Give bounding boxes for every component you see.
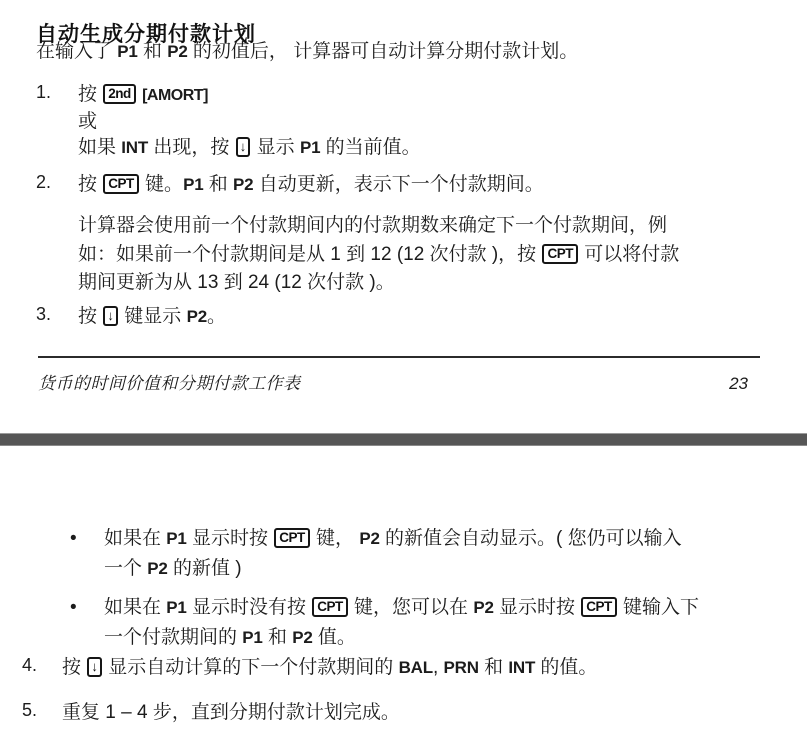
text-segment: 的新值会自动显示。( 您仍可以输入 (380, 528, 682, 549)
text-segment: 按 (78, 306, 102, 327)
text-segment: P2 (292, 628, 312, 647)
step-line: 重复 1 – 4 步，直到分期付款计划完成。 (62, 700, 400, 726)
step-item-1: 1. 按 2nd [AMORT] 或 如果 INT 出现，按 ↓ 显示 P1 的… (36, 82, 421, 161)
bullet-marker: • (70, 524, 104, 554)
text-segment: P2 (473, 598, 493, 617)
text-segment: 期间更新为从 13 到 24 (12 次付款 )。 (78, 272, 395, 293)
step-line: 如果 INT 出现，按 ↓ 显示 P1 的当前值。 (78, 135, 421, 161)
text-segment: 和 (138, 41, 168, 62)
manual-document: 自动生成分期付款计划 在输入了 P1 和 P2 的初值后， 计算器可自动计算分期… (0, 0, 807, 736)
step-line: 按 ↓ 键显示 P2。 (78, 304, 226, 330)
text-segment: 自动更新，表示下一个付款期间。 (253, 174, 543, 195)
text-segment: 和 (263, 627, 293, 648)
text-segment: 显示 (251, 137, 300, 158)
text-segment: 显示时按 (494, 597, 581, 618)
bullet-item-2: • 如果在 P1 显示时没有按 CPT 键，您可以在 P2 显示时按 CPT 键… (70, 593, 699, 653)
bullet-marker: • (70, 593, 104, 623)
step-text: 按 CPT 键。P1 和 P2 自动更新，表示下一个付款期间。 (78, 172, 544, 198)
text-segment: 按 (78, 84, 102, 105)
text-segment: 如果在 (104, 528, 166, 549)
footer-rule (38, 356, 760, 358)
text-segment: 键显示 (119, 306, 187, 327)
text-segment: P2 (187, 307, 207, 326)
step-number: 5. (22, 700, 62, 721)
text-segment: 按 (78, 174, 102, 195)
footer-page-number: 23 (729, 374, 748, 394)
cpt-key-badge: CPT (581, 597, 617, 617)
step-text: 按 ↓ 显示自动计算的下一个付款期间的 BAL, PRN 和 INT 的值。 (62, 655, 597, 681)
amort-key-label: [AMORT] (142, 87, 208, 104)
step-line: 按 ↓ 显示自动计算的下一个付款期间的 BAL, PRN 和 INT 的值。 (62, 655, 597, 681)
paragraph-line: 如：如果前一个付款期间是从 1 到 12 (12 次付款 )，按 CPT 可以将… (78, 241, 679, 270)
step-number: 1. (36, 82, 78, 103)
text-segment: 显示时没有按 (187, 597, 312, 618)
text-segment: 键， (311, 528, 360, 549)
text-segment: 值。 (313, 627, 356, 648)
text-segment: INT (121, 138, 148, 157)
text-segment: P1 (117, 42, 137, 61)
down-arrow-key-icon: ↓ (87, 657, 102, 677)
step-line: 按 2nd [AMORT] (78, 82, 421, 109)
paragraph-line: 计算器会使用前一个付款期间内的付款期数来确定下一个付款期间，例 (78, 212, 679, 241)
step-number: 3. (36, 304, 78, 325)
text-segment: 的当前值。 (320, 137, 420, 158)
text-segment: P1 (166, 529, 186, 548)
bullet-line: 如果在 P1 显示时按 CPT 键， P2 的新值会自动显示。( 您仍可以输入 (104, 524, 682, 554)
bullet-line: 一个 P2 的新值 ) (104, 554, 682, 584)
text-segment: 如果在 (104, 597, 166, 618)
step-line: 或 (78, 109, 421, 135)
text-segment: 的初值后， 计算器可自动计算分期付款计划。 (188, 41, 579, 62)
bullet-line: 一个付款期间的 P1 和 P2 值。 (104, 623, 699, 653)
page-divider-bar (0, 433, 807, 446)
text-segment: 按 (62, 657, 86, 678)
text-segment: 显示自动计算的下一个付款期间的 (103, 657, 399, 678)
text-segment: 和 (479, 657, 509, 678)
step-number: 2. (36, 172, 78, 193)
down-arrow-key-icon: ↓ (103, 306, 118, 326)
text-segment: 出现，按 (148, 137, 235, 158)
text-segment: 的新值 ) (168, 558, 242, 579)
step-number: 4. (22, 655, 62, 676)
text-segment: 一个 (104, 558, 147, 579)
step-text: 按 ↓ 键显示 P2。 (78, 304, 226, 330)
text-segment: P1 (242, 628, 262, 647)
bullet-text: 如果在 P1 显示时按 CPT 键， P2 的新值会自动显示。( 您仍可以输入 … (104, 524, 682, 584)
step-item-4: 4. 按 ↓ 显示自动计算的下一个付款期间的 BAL, PRN 和 INT 的值… (22, 655, 597, 681)
down-arrow-key-icon: ↓ (236, 137, 251, 157)
paragraph-line: 期间更新为从 13 到 24 (12 次付款 )。 (78, 269, 679, 298)
step-2-explanation-paragraph: 计算器会使用前一个付款期间内的付款期数来确定下一个付款期间，例 如：如果前一个付… (78, 212, 679, 298)
step-line: 按 CPT 键。P1 和 P2 自动更新，表示下一个付款期间。 (78, 172, 544, 198)
text-segment: 键。 (140, 174, 183, 195)
text-segment: P2 (359, 529, 379, 548)
bullet-line: 如果在 P1 显示时没有按 CPT 键，您可以在 P2 显示时按 CPT 键输入… (104, 593, 699, 623)
text-segment: BAL (399, 658, 433, 677)
text-segment: 和 (203, 174, 233, 195)
text-segment: 。 (207, 306, 226, 327)
text-segment: 键输入下 (618, 597, 699, 618)
text-segment: P1 (183, 175, 203, 194)
text-segment: 显示时按 (187, 528, 274, 549)
text-segment: 一个付款期间的 (104, 627, 242, 648)
intro-paragraph: 在输入了 P1 和 P2 的初值后， 计算器可自动计算分期付款计划。 (36, 36, 578, 63)
step-item-2: 2. 按 CPT 键。P1 和 P2 自动更新，表示下一个付款期间。 (36, 172, 544, 198)
cpt-key-badge: CPT (103, 174, 139, 194)
step-item-3: 3. 按 ↓ 键显示 P2。 (36, 304, 226, 330)
page-footer: 货币的时间价值和分期付款工作表 23 (38, 369, 748, 394)
bullet-item-1: • 如果在 P1 显示时按 CPT 键， P2 的新值会自动显示。( 您仍可以输… (70, 524, 682, 584)
step-text: 按 2nd [AMORT] 或 如果 INT 出现，按 ↓ 显示 P1 的当前值… (78, 82, 421, 161)
text-segment: 或 (78, 111, 97, 132)
step-text: 重复 1 – 4 步，直到分期付款计划完成。 (62, 700, 400, 726)
text-segment: P2 (147, 559, 167, 578)
text-segment: , (433, 657, 444, 678)
text-segment: INT (508, 658, 535, 677)
footer-chapter-title: 货币的时间价值和分期付款工作表 (38, 369, 301, 394)
text-segment: P2 (233, 175, 253, 194)
step-item-5: 5. 重复 1 – 4 步，直到分期付款计划完成。 (22, 700, 400, 726)
text-segment: 可以将付款 (579, 244, 679, 265)
text-segment: 重复 1 – 4 步，直到分期付款计划完成。 (62, 702, 400, 723)
bullet-text: 如果在 P1 显示时没有按 CPT 键，您可以在 P2 显示时按 CPT 键输入… (104, 593, 699, 653)
cpt-key-badge: CPT (542, 244, 578, 264)
2nd-key-badge: 2nd (103, 84, 136, 104)
text-segment: 键，您可以在 (349, 597, 474, 618)
cpt-key-badge: CPT (312, 597, 348, 617)
text-segment: PRN (444, 658, 479, 677)
text-segment: 在输入了 (36, 41, 117, 62)
text-segment: 的值。 (535, 657, 597, 678)
text-segment: 如：如果前一个付款期间是从 1 到 12 (12 次付款 )，按 (78, 244, 541, 265)
text-segment: P2 (167, 42, 187, 61)
text-segment: P1 (300, 138, 320, 157)
cpt-key-badge: CPT (274, 528, 310, 548)
text-segment: 如果 (78, 137, 121, 158)
text-segment: 计算器会使用前一个付款期间内的付款期数来确定下一个付款期间，例 (78, 215, 667, 236)
text-segment: P1 (166, 598, 186, 617)
